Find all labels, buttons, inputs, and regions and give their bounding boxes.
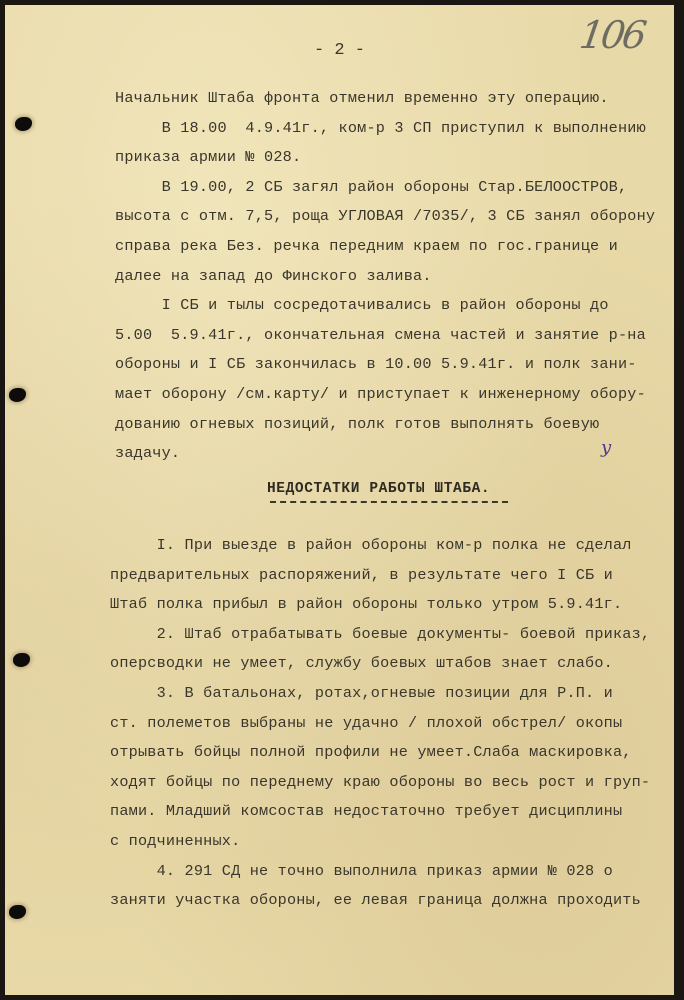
punch-hole: [9, 388, 26, 402]
text-line: приказа армии № 028.: [115, 148, 301, 166]
text-line: 2. Штаб отрабатывать боевые документы- б…: [110, 625, 650, 643]
page-number: - 2 -: [5, 41, 674, 60]
text-line: обороны и I СБ закончилась в 10.00 5.9.4…: [115, 355, 637, 373]
text-line: ходят бойцы по переднему краю обороны во…: [110, 773, 650, 791]
punch-hole: [15, 117, 32, 131]
text-line: 4. 291 СД не точно выполнила приказ арми…: [110, 862, 613, 880]
text-line: I СБ и тылы сосредотачивались в район об…: [115, 296, 609, 314]
text-line: заняти участка обороны, ее левая граница…: [110, 891, 641, 909]
text-line: Штаб полка прибыл в район обороны только…: [110, 595, 622, 613]
text-line: оперсводки не умеет, службу боевых штабо…: [110, 654, 613, 672]
text-line: высота с отм. 7,5, роща УГЛОВАЯ /7035/, …: [115, 207, 655, 225]
punch-hole: [9, 905, 26, 919]
text-line: предварительных распоряжений, в результа…: [110, 566, 613, 584]
text-line: отрывать бойцы полной профили не умеет.С…: [110, 743, 632, 761]
punch-hole: [13, 653, 30, 667]
text-line: с подчиненных.: [110, 832, 240, 850]
text-line: I. При выезде в район обороны ком-р полк…: [110, 536, 632, 554]
section-heading: НЕДОСТАТКИ РАБОТЫ ШТАБА.: [267, 481, 490, 497]
text-line: мает оборону /см.карту/ и приступает к и…: [115, 385, 646, 403]
text-line: пами. Младший комсостав недостаточно тре…: [110, 802, 622, 820]
text-line: Начальник Штаба фронта отменил временно …: [115, 89, 609, 107]
text-line: В 19.00, 2 СБ загял район обороны Стар.Б…: [115, 178, 627, 196]
text-line: дованию огневых позиций, полк готов выпо…: [115, 415, 599, 433]
text-line: далее на запад до Финского залива.: [115, 267, 432, 285]
text-line: справа река Без. речка передним краем по…: [115, 237, 618, 255]
text-line: ст. полеметов выбраны не удачно / плохой…: [110, 714, 622, 732]
handwritten-correction: у: [601, 437, 611, 458]
document-page: 106 - 2 - Начальник Штаба фронта отменил…: [5, 5, 674, 995]
text-line: 3. В батальонах, ротах,огневые позиции д…: [110, 684, 613, 702]
text-line: задачу.: [115, 444, 180, 462]
heading-underline: [270, 501, 508, 503]
text-line: 5.00 5.9.41г., окончательная смена часте…: [115, 326, 646, 344]
text-line: В 18.00 4.9.41г., ком-р 3 СП приступил к…: [115, 119, 646, 137]
